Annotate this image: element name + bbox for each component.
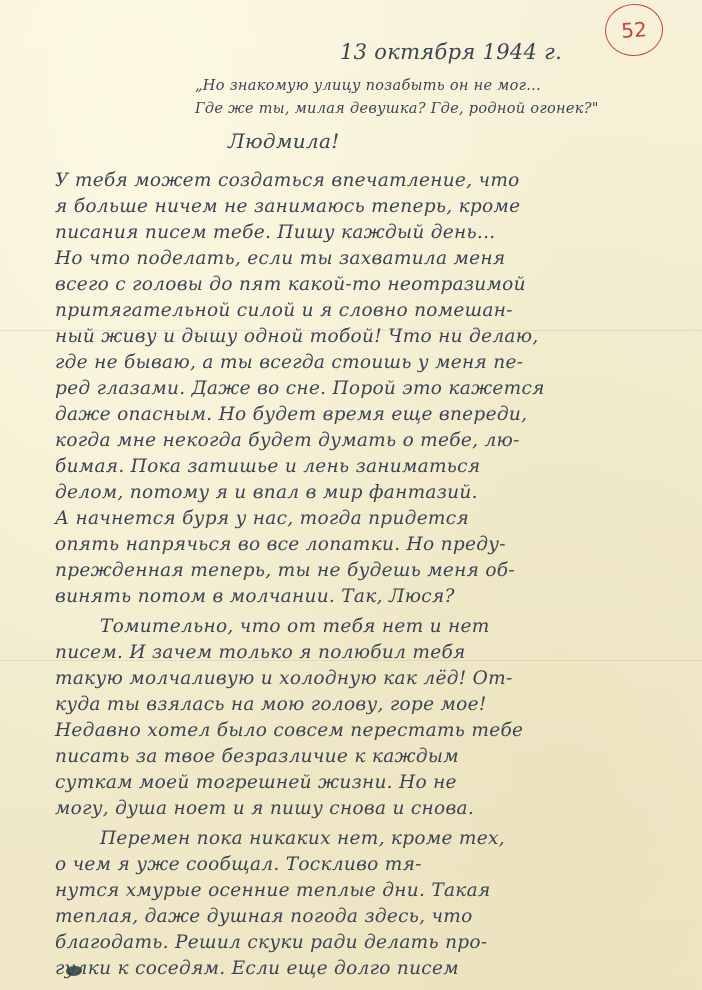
body-line: Недавно хотел было совсем перестать тебе — [55, 720, 523, 741]
body-line: делом, потому я и впал в мир фантазий. — [55, 482, 478, 503]
body-line: ред глазами. Даже во сне. Порой это каже… — [55, 378, 545, 399]
body-line: я больше ничем не занимаюсь теперь, кром… — [55, 196, 520, 217]
body-line: куда ты взялась на мою голову, горе мое! — [55, 694, 487, 715]
body-line: притягательной силой и я словно помешан- — [55, 300, 513, 321]
body-line: когда мне некогда будет думать о тебе, л… — [55, 430, 520, 451]
body-line: суткам моей тогрешней жизни. Но не — [55, 772, 457, 793]
body-line-paragraph-start: Томительно, что от тебя нет и нет — [100, 616, 490, 637]
body-line: А начнется буря у нас, тогда придется — [55, 508, 469, 529]
body-line: У тебя может создаться впечатление, что — [55, 170, 520, 191]
epigraph-line-1: „Но знакомую улицу позабыть он не мог... — [195, 78, 541, 94]
body-line: даже опасным. Но будет время еще впереди… — [55, 404, 527, 425]
body-line: Но что поделать, если ты захватила меня — [55, 248, 505, 269]
body-line: теплая, даже душная погода здесь, что — [55, 906, 473, 927]
letter-date: 13 октября 1944 г. — [340, 40, 562, 64]
body-line: опять напрячься во все лопатки. Но преду… — [55, 534, 506, 555]
epigraph-line-2: Где же ты, милая девушка? Где, родной ог… — [195, 101, 599, 117]
body-line: всего с головы до пят какой-то неотразим… — [55, 274, 526, 295]
body-line: нутся хмурые осенние теплые дни. Такая — [55, 880, 491, 901]
page-number-text: 52 — [620, 17, 647, 43]
body-line: писания писем тебе. Пишу каждый день... — [55, 222, 495, 243]
body-line: где не бываю, а ты всегда стоишь у меня … — [55, 352, 523, 373]
letter-page: 52 13 октября 1944 г. „Но знакомую улицу… — [0, 0, 702, 990]
salutation: Людмила! — [228, 129, 340, 153]
body-line: винять потом в молчании. Так, Люся? — [55, 586, 455, 607]
body-line: о чем я уже сообщал. Тоскливо тя- — [55, 854, 422, 875]
body-line: могу, душа ноет и я пишу снова и снова. — [55, 798, 474, 819]
body-line: писем. И зачем только я полюбил тебя — [55, 642, 466, 663]
body-line: ный живу и дышу одной тобой! Что ни дела… — [55, 326, 539, 347]
body-line: гулки к соседям. Если еще долго писем — [55, 958, 459, 979]
body-line: благодать. Решил скуки ради делать про- — [55, 932, 487, 953]
body-line: такую молчаливую и холодную как лёд! От- — [55, 668, 513, 689]
body-line: прежденная теперь, ты не будешь меня об- — [55, 560, 515, 581]
archive-page-number-circle: 52 — [603, 2, 664, 58]
body-line: писать за твое безразличие к каждым — [55, 746, 459, 767]
body-line: бимая. Пока затишье и лень заниматься — [55, 456, 480, 477]
body-line-paragraph-start: Перемен пока никаких нет, кроме тех, — [100, 828, 505, 849]
